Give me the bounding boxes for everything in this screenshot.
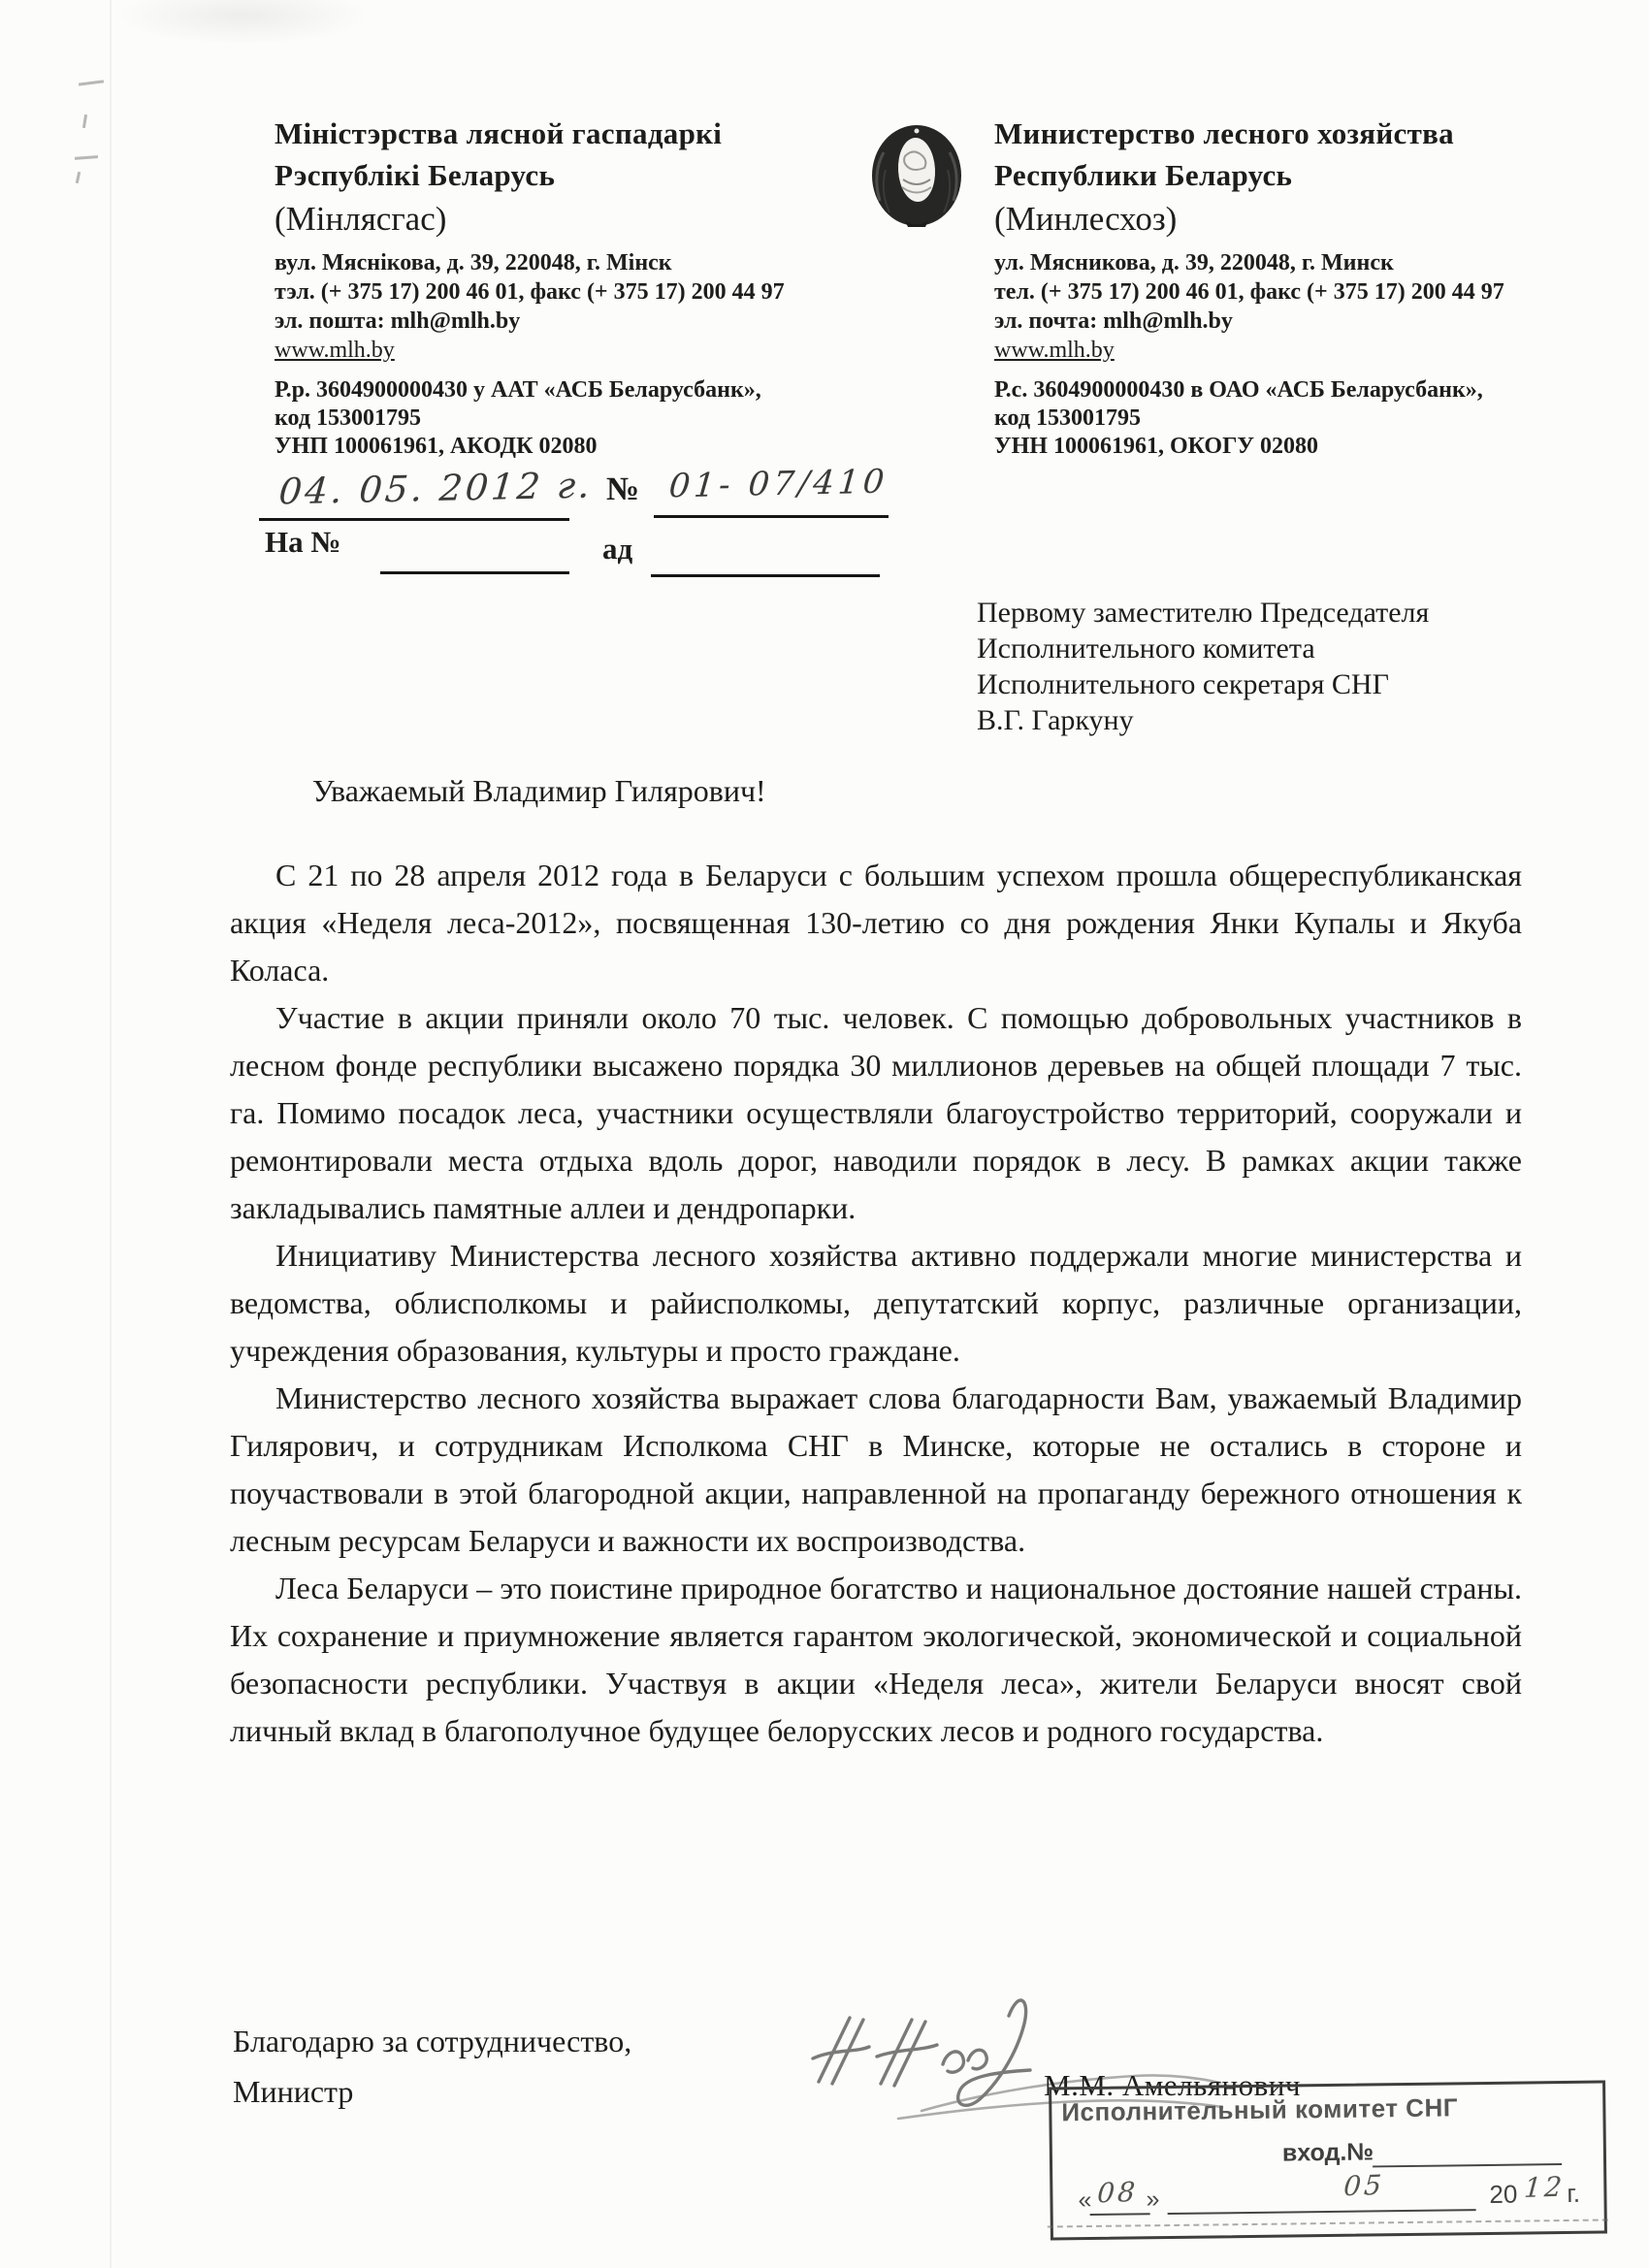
reply-number-underline xyxy=(380,571,569,574)
number-label: № xyxy=(606,471,639,508)
stamp-quote-close: » xyxy=(1146,2186,1159,2214)
stamp-quote-open: « xyxy=(1078,2187,1091,2215)
outgoing-number-handwritten: 01- 07/410 xyxy=(667,463,889,506)
stamp-day-underline xyxy=(1090,2213,1150,2216)
address-ru: ул. Мясникова, д. 39, 220048, г. Минск xyxy=(994,248,1562,277)
recipient-line: Первому заместителю Председателя xyxy=(977,595,1429,631)
letterhead-belarusian: Міністэрства лясной гаспадаркі Рэспублік… xyxy=(275,113,842,461)
phone-by: тэл. (+ 375 17) 200 46 01, факс (+ 375 1… xyxy=(275,277,842,307)
scan-mark xyxy=(75,155,98,160)
org-name-by: Міністэрства лясной гаспадаркі xyxy=(275,113,842,154)
scan-mark xyxy=(82,114,87,128)
org-name-ru-line2: Республики Беларусь xyxy=(994,154,1562,196)
stamp-month-handwritten: 05 xyxy=(1342,2169,1385,2202)
bank-account-by: Р.р. 3604900000430 у ААТ «АСБ Беларусбан… xyxy=(275,376,842,405)
stamp-day-handwritten: 08 xyxy=(1096,2176,1139,2209)
reply-to-label: На № xyxy=(265,525,341,560)
letter-body: С 21 по 28 апреля 2012 года в Беларуси с… xyxy=(230,852,1522,1755)
bank-account-ru: Р.с. 3604900000430 в ОАО «АСБ Беларусбан… xyxy=(994,376,1562,405)
stamp-org-name: Исполнительный комитет СНГ xyxy=(1061,2092,1458,2127)
website-by: www.mlh.by xyxy=(275,336,842,365)
scan-mark xyxy=(76,172,81,183)
org-name-by-line2: Рэспублікі Беларусь xyxy=(275,154,842,196)
body-paragraph: С 21 по 28 апреля 2012 года в Беларуси с… xyxy=(230,852,1522,994)
org-shortname-ru: (Минлесхоз) xyxy=(994,198,1562,240)
bank-block-ru: Р.с. 3604900000430 в ОАО «АСБ Беларусбан… xyxy=(994,376,1562,461)
stamp-year-handwritten: 12 xyxy=(1523,2171,1566,2204)
email-ru: эл. почта: mlh@mlh.by xyxy=(994,307,1562,336)
body-paragraph: Министерство лесного хозяйства выражает … xyxy=(230,1375,1522,1565)
stamp-bottom-scanline xyxy=(1048,2219,1608,2227)
recipient-line: Исполнительного комитета xyxy=(977,631,1429,666)
belarus-coat-of-arms-icon xyxy=(870,123,963,228)
reply-from-label: ад xyxy=(602,532,632,567)
stamp-year-prefix: 20 xyxy=(1489,2180,1517,2210)
scan-artifact xyxy=(116,0,369,45)
body-paragraph: Леса Беларуси – это поистине природное б… xyxy=(230,1565,1522,1755)
scan-mark xyxy=(79,80,104,85)
phone-ru: тел. (+ 375 17) 200 46 01, факс (+ 375 1… xyxy=(994,277,1562,307)
bank-code-ru: код 153001795 xyxy=(994,405,1562,433)
org-name-ru: Министерство лесного хозяйства xyxy=(994,113,1562,154)
bank-code-by: код 153001795 xyxy=(275,405,842,433)
bank-block-by: Р.р. 3604900000430 у ААТ «АСБ Беларусбан… xyxy=(275,376,842,461)
closing-block: Благодарю за сотрудничество, Министр xyxy=(233,2016,631,2117)
recipient-block: Первому заместителю Председателя Исполни… xyxy=(977,595,1429,738)
closing-thanks: Благодарю за сотрудничество, xyxy=(233,2016,631,2066)
email-by: эл. пошта: mlh@mlh.by xyxy=(275,307,842,336)
tax-ids-by: УНП 100061961, АКОДК 02080 xyxy=(275,433,842,461)
tax-ids-ru: УНН 100061961, ОКОГУ 02080 xyxy=(994,433,1562,461)
number-underline xyxy=(654,515,889,518)
recipient-line: Исполнительного секретаря СНГ xyxy=(977,666,1429,702)
reply-date-underline xyxy=(651,574,880,577)
org-shortname-by: (Мінлясгас) xyxy=(275,198,842,240)
contact-block-by: вул. Мяснікова, д. 39, 220048, г. Мінск … xyxy=(275,248,842,365)
recipient-name: В.Г. Гаркуну xyxy=(977,702,1429,738)
body-paragraph: Инициативу Министерства лесного хозяйств… xyxy=(230,1232,1522,1375)
website-ru: www.mlh.by xyxy=(994,336,1562,365)
stamp-incoming-label: вход.№ xyxy=(1282,2138,1374,2167)
signer-title: Министр xyxy=(233,2066,631,2117)
outgoing-date-handwritten: 04. 05. 2012 г. xyxy=(277,465,595,513)
stamp-incoming-underline xyxy=(1373,2163,1562,2167)
address-by: вул. Мяснікова, д. 39, 220048, г. Мінск xyxy=(275,248,842,277)
body-paragraph: Участие в акции приняли около 70 тыс. че… xyxy=(230,994,1522,1232)
salutation: Уважаемый Владимир Гилярович! xyxy=(312,773,766,809)
letterhead-russian: Министерство лесного хозяйства Республик… xyxy=(994,113,1562,461)
stamp-year-suffix: г. xyxy=(1567,2179,1580,2209)
scanned-letter-page: Міністэрства лясной гаспадаркі Рэспублік… xyxy=(0,0,1649,2268)
incoming-registration-stamp: Исполнительный комитет СНГ вход.№ « 08 »… xyxy=(1049,2080,1607,2240)
contact-block-ru: ул. Мясникова, д. 39, 220048, г. Минск т… xyxy=(994,248,1562,365)
stamp-month-underline xyxy=(1168,2209,1476,2215)
date-underline xyxy=(259,518,569,521)
scan-artifact xyxy=(110,0,112,2268)
